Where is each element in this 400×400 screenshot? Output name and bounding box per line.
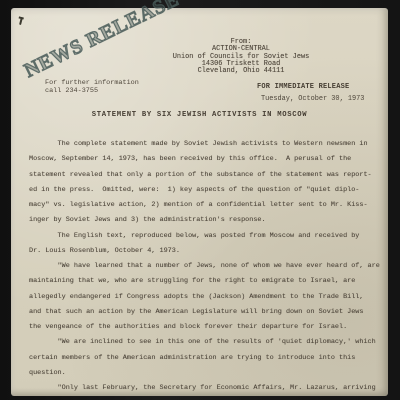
body-line: "We have learned that a number of Jews, … [29,259,381,274]
body-line: Dr. Louis Rosenblum, October 4, 1973. [29,244,381,259]
body-line: certain members of the American administ… [29,351,381,366]
contact-info: For further information call 234-3755 [45,79,139,95]
document-page: NEWS RELEASE From: ACTION-CENTRAL Union … [11,8,388,396]
body-line: allegedly endangered if Congress adopts … [29,290,381,305]
body-line: and that such an action by the American … [29,305,381,320]
release-label: FOR IMMEDIATE RELEASE [257,83,349,91]
body-line: The complete statement made by Soviet Je… [29,137,381,152]
contact-phone: call 234-3755 [45,87,139,95]
body-line: macy" vs. legislative action, 2) mention… [29,198,381,213]
body-line: maintaining that we, who are struggling … [29,274,381,289]
document-title: STATEMENT BY SIX JEWISH ACTIVISTS IN MOS… [11,111,388,119]
body-line: the vengeance of the authorities and blo… [29,320,381,335]
body-line: question. [29,366,381,381]
contact-line: For further information [45,79,139,87]
document-body: The complete statement made by Soviet Je… [29,137,381,396]
body-line: Moscow, September 14, 1973, has been rec… [29,152,381,167]
body-line: The English text, reproduced below, was … [29,229,381,244]
address-city: Cleveland, Ohio 44111 [121,68,361,75]
body-line: inger by Soviet Jews and 3) the administ… [29,213,381,228]
body-line: statement revealed that only a portion o… [29,168,381,183]
body-line: "Only last February, the Secretary for E… [29,381,381,396]
body-line: "We are inclined to see in this one of t… [29,335,381,350]
handwritten-pen-mark [19,17,23,25]
body-line: ed in the press. Omitted, were: 1) key a… [29,183,381,198]
sender-address-block: From: ACTION-CENTRAL Union of Councils f… [121,39,361,75]
scanned-news-release: { "stamp": { "text": "NEWS RELEASE" }, "… [0,0,400,400]
release-date: Tuesday, October 30, 1973 [261,95,364,103]
